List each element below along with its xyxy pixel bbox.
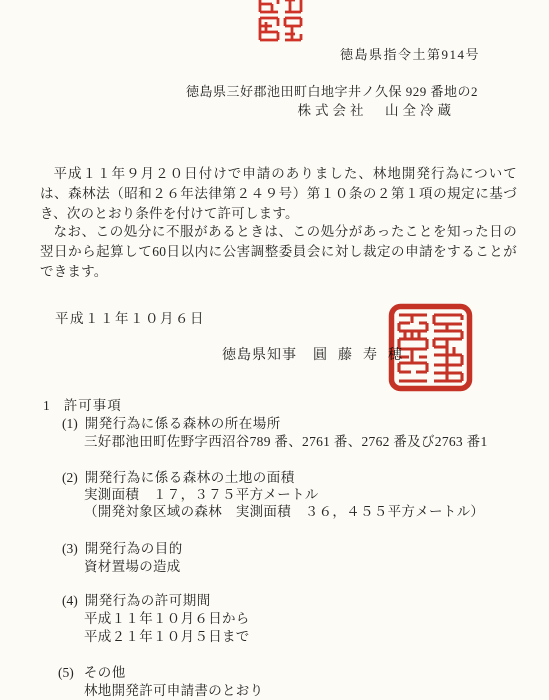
permit-item-4: (4)開発行為の許可期間 bbox=[62, 593, 211, 610]
governor-official-seal-icon bbox=[388, 303, 473, 392]
red-tally-seal-icon bbox=[252, 0, 308, 45]
item-3-detail: 資材置場の造成 bbox=[84, 559, 181, 576]
item-title: 開発行為の目的 bbox=[85, 541, 183, 556]
issue-date: 平成１１年１０月６日 bbox=[55, 311, 205, 328]
item-number: (2) bbox=[62, 470, 78, 485]
permit-item-5: (5)その他 bbox=[58, 665, 126, 682]
section-title: 許可事項 bbox=[64, 398, 122, 413]
section-number: 1 bbox=[43, 398, 50, 413]
recipient-address: 徳島県三好郡池田町白地字井ノ久保 929 番地の2 bbox=[186, 84, 478, 100]
item-number: (4) bbox=[62, 593, 78, 608]
item-number: (5) bbox=[58, 665, 74, 680]
item-1-detail: 三好郡池田町佐野字西沼谷789 番、2761 番、2762 番及び2763 番1 bbox=[84, 434, 488, 451]
item-number: (1) bbox=[62, 416, 78, 431]
body-paragraph-appeal: なお、この処分に不服があるときは、この処分があったことを知った日の翌日から起算し… bbox=[40, 222, 517, 282]
body-paragraph-permission: 平成１１年９月２０日付けで申請のありました、林地開発行為については、森林法（昭和… bbox=[40, 164, 517, 224]
issuer-line: 徳島県知事圓藤寿穂 bbox=[222, 347, 413, 365]
item-title: 開発行為に係る森林の所在場所 bbox=[85, 416, 281, 431]
item-title: その他 bbox=[84, 665, 126, 680]
section-heading: 1許可事項 bbox=[43, 398, 122, 415]
recipient-company-name: 株式会社 山全冷蔵 bbox=[298, 103, 456, 120]
item-title: 開発行為の許可期間 bbox=[85, 593, 211, 608]
item-4-detail: 平成１１年１０月６日から bbox=[84, 611, 250, 628]
item-4-detail: 平成２１年１０月５日まで bbox=[84, 629, 250, 646]
item-title: 開発行為に係る森林の土地の面積 bbox=[85, 470, 295, 485]
issuer-title: 徳島県知事 bbox=[222, 348, 297, 363]
item-number: (3) bbox=[62, 541, 78, 556]
item-5-detail: 林地開発許可申請書のとおり bbox=[84, 683, 263, 700]
document-number: 徳島県指令土第914号 bbox=[340, 47, 480, 63]
permit-document-page: 徳島県指令土第914号 徳島県三好郡池田町白地字井ノ久保 929 番地の2 株式… bbox=[0, 0, 549, 700]
item-2-detail: （開発対象区域の森林 実測面積 ３６，４５５平方メートル） bbox=[84, 504, 484, 521]
permit-item-3: (3)開発行為の目的 bbox=[62, 541, 183, 558]
item-2-detail: 実測面積 １７，３７５平方メートル bbox=[84, 487, 319, 504]
permit-item-2: (2)開発行為に係る森林の土地の面積 bbox=[62, 470, 295, 487]
permit-item-1: (1)開発行為に係る森林の所在場所 bbox=[62, 416, 281, 433]
